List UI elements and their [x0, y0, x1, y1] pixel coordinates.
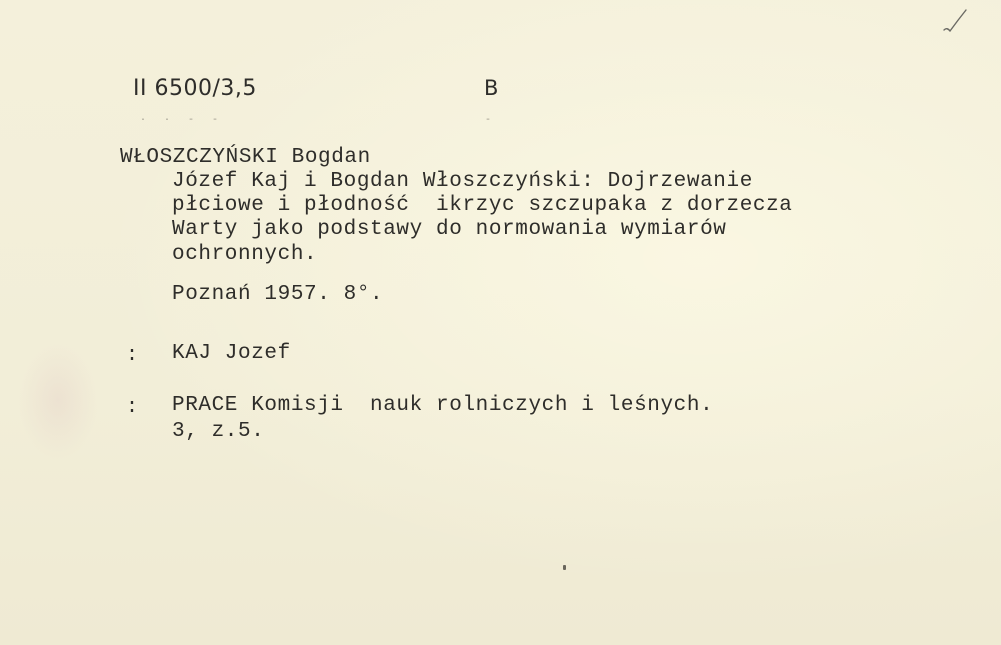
location-mark: B	[484, 76, 499, 100]
imprint: Poznań 1957. 8°.	[172, 283, 383, 306]
title-line-4: ochronnych.	[172, 243, 317, 266]
added-entry-author: KAJ Jozef	[172, 342, 291, 365]
catalog-card: II 6500/3,5 B · · - - - WŁOSZCZYŃSKI Bog…	[0, 0, 1001, 645]
check-mark-icon	[940, 6, 970, 36]
series-entry-line-2: 3, z.5.	[172, 420, 264, 443]
title-line-1: Józef Kaj i Bogdan Włoszczyński: Dojrzew…	[172, 170, 753, 193]
call-number: II 6500/3,5	[133, 76, 257, 101]
tracing-bullet: :	[126, 344, 138, 367]
tracing-bullet: :	[126, 396, 138, 419]
title-line-2: płciowe i płodność ikrzyc szczupaka z do…	[172, 194, 793, 217]
faint-mark: -	[485, 115, 491, 126]
author-heading: WŁOSZCZYŃSKI Bogdan	[120, 146, 371, 169]
series-entry-line-1: PRACE Komisji nauk rolniczych i leśnych.	[172, 394, 713, 417]
paper-speck	[563, 565, 566, 570]
title-line-3: Warty jako podstawy do normowania wymiar…	[172, 218, 727, 241]
paper-stain	[18, 340, 98, 460]
faint-marks: · · - -	[140, 115, 224, 126]
